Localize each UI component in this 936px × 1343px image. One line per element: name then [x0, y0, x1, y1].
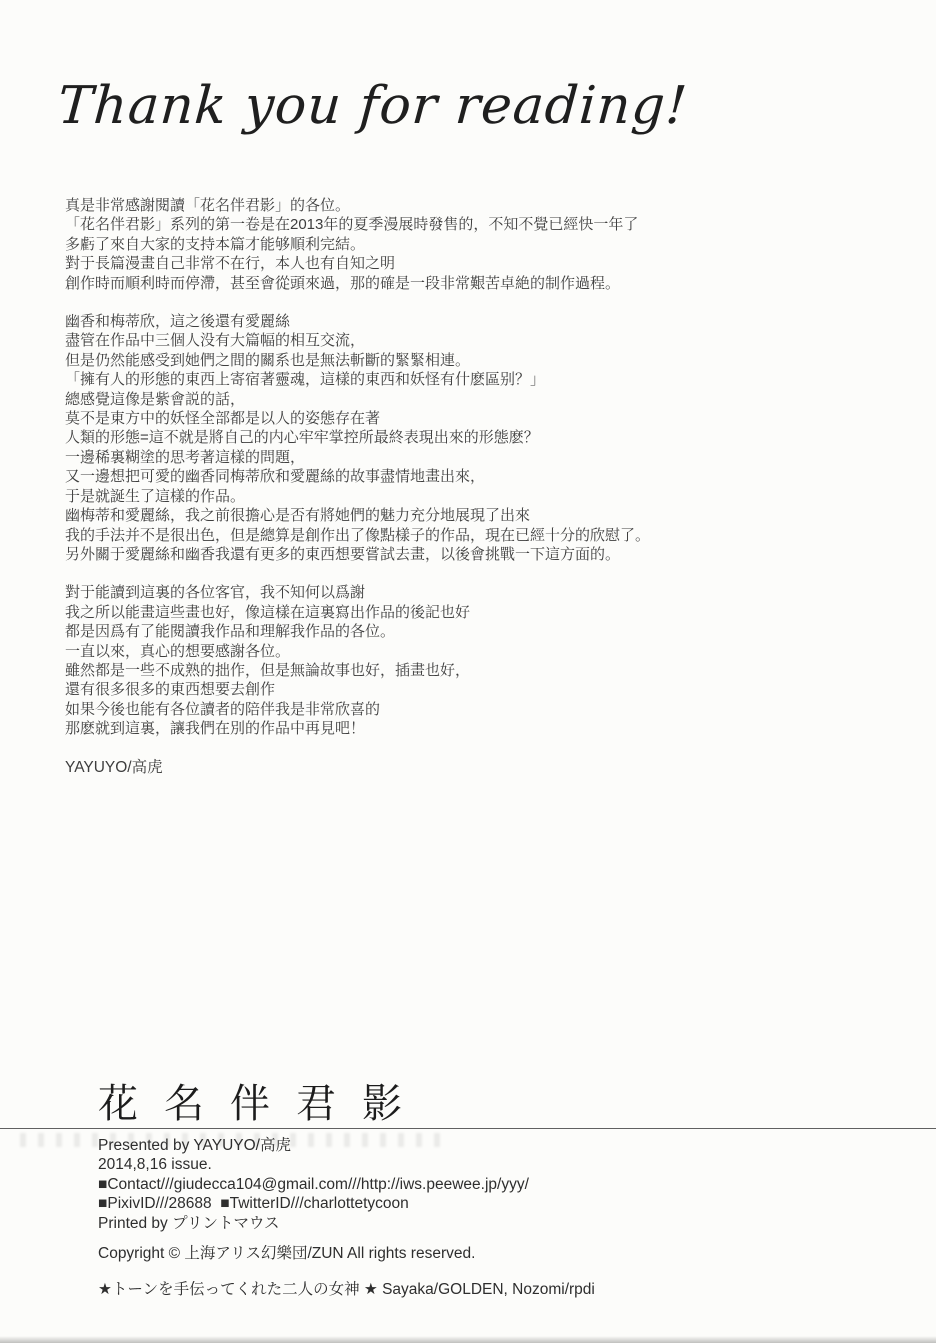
afterword-line: 多虧了來自大家的支持本篇才能够順利完結。: [65, 235, 875, 254]
special-thanks-line: ★トーンを手伝ってくれた二人の女神 ★ Sayaka/GOLDEN, Nozom…: [98, 1277, 595, 1299]
series-title: 花 名 伴 君 影: [98, 1084, 402, 1124]
credit-printed-by: Printed by プリントマウス: [98, 1214, 529, 1233]
afterword-line: 幽香和梅蒂欣，這之後還有愛麗絲: [65, 312, 875, 331]
afterword-line: 雖然都是一些不成熟的拙作，但是無論故事也好，插畫也好，: [65, 661, 875, 680]
series-title-char: 伴: [230, 1084, 270, 1124]
divider-rule: [0, 1128, 936, 1129]
afterword-line: 總感覺這像是紫會説的話，: [65, 390, 875, 409]
series-title-char: 君: [296, 1084, 336, 1124]
afterword-line: 對于能讀到這裏的各位客官，我不知何以爲謝: [65, 583, 875, 602]
afterword-paragraph-1: 真是非常感謝閱讀「花名伴君影」的各位。 「花名伴君影」系列的第一卷是在2013年…: [65, 196, 875, 293]
afterword-line: 對于長篇漫畫自己非常不在行，本人也有自知之明: [65, 254, 875, 273]
afterword-line: 另外關于愛麗絲和幽香我還有更多的東西想要嘗試去畫，以後會挑戰一下這方面的。: [65, 545, 875, 564]
afterword-line: 「擁有人的形態的東西上寄宿著靈魂，這樣的東西和妖怪有什麽區别？」: [65, 370, 875, 389]
afterword-paragraph-3: 對于能讀到這裏的各位客官，我不知何以爲謝 我之所以能畫這些畫也好，像這樣在這裏寫…: [65, 583, 875, 738]
afterword-line: 于是就誕生了這樣的作品。: [65, 487, 875, 506]
afterword-line: 盡管在作品中三個人没有大篇幅的相互交流，: [65, 331, 875, 350]
series-title-char: 影: [362, 1084, 402, 1124]
afterword-line: 我之所以能畫這些畫也好，像這樣在這裏寫出作品的後記也好: [65, 603, 875, 622]
afterword-line: 又一邊想把可愛的幽香同梅蒂欣和愛麗絲的故事盡情地畫出來，: [65, 467, 875, 486]
afterword-line: 「花名伴君影」系列的第一卷是在2013年的夏季漫展時發售的，不知不覺已經快一年了: [65, 215, 875, 234]
scan-edge-shadow: [0, 1336, 936, 1343]
afterword-line: 如果今後也能有各位讀者的陪伴我是非常欣喜的: [65, 700, 875, 719]
afterword-line: 人類的形態=這不就是將自己的内心牢牢掌控所最終表現出來的形態麽？: [65, 428, 875, 447]
afterword-line: 都是因爲有了能閱讀我作品和理解我作品的各位。: [65, 622, 875, 641]
afterword-line: 創作時而順利時而停滯，甚至會從頭來過，那的確是一段非常艱苦卓絶的制作過程。: [65, 274, 875, 293]
series-title-char: 名: [164, 1084, 204, 1124]
afterword-line: 但是仍然能感受到她們之間的關系也是無法斬斷的緊緊相連。: [65, 351, 875, 370]
afterword-line: 真是非常感謝閱讀「花名伴君影」的各位。: [65, 196, 875, 215]
series-title-char: 花: [98, 1084, 138, 1124]
afterword-line: 一邊稀裏糊塗的思考著這樣的問題，: [65, 448, 875, 467]
afterword-line: 那麽就到這裏，讓我們在別的作品中再見吧！: [65, 719, 875, 738]
afterword-page: Thank you for reading! 真是非常感謝閱讀「花名伴君影」的各…: [0, 0, 936, 1343]
afterword-line: 我的手法并不是很出色，但是總算是創作出了像點樣子的作品，現在已經十分的欣慰了。: [65, 526, 875, 545]
copyright-line: Copyright © 上海アリス幻樂団/ZUN All rights rese…: [98, 1241, 475, 1263]
afterword-paragraph-2: 幽香和梅蒂欣，這之後還有愛麗絲 盡管在作品中三個人没有大篇幅的相互交流， 但是仍…: [65, 312, 875, 564]
credit-pixiv-twitter: ■PixivID///28688 ■TwitterID///charlottet…: [98, 1194, 529, 1213]
credit-contact: ■Contact///giudecca104@gmail.com///http:…: [98, 1175, 529, 1194]
afterword-line: 還有很多很多的東西想要去創作: [65, 680, 875, 699]
afterword-line: 一直以來，真心的想要感謝各位。: [65, 642, 875, 661]
afterword-line: 幽梅蒂和愛麗絲，我之前很擔心是否有將她們的魅力充分地展現了出來: [65, 506, 875, 525]
colophon-credits: Presented by YAYUYO/高虎 2014,8,16 issue. …: [98, 1136, 529, 1233]
afterword-body: 真是非常感謝閱讀「花名伴君影」的各位。 「花名伴君影」系列的第一卷是在2013年…: [65, 196, 875, 777]
credit-issue-date: 2014,8,16 issue.: [98, 1155, 529, 1174]
thank-you-heading: Thank you for reading!: [56, 76, 690, 136]
author-signature: YAYUYO/高虎: [65, 758, 875, 777]
afterword-line: 莫不是東方中的妖怪全部都是以人的姿態存在著: [65, 409, 875, 428]
credit-presented-by: Presented by YAYUYO/高虎: [98, 1136, 529, 1155]
